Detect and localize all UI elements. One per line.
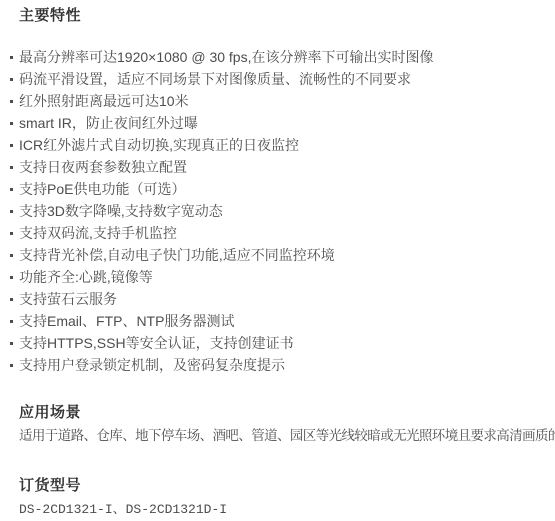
feature-item: 最高分辨率可达1920×1080 @ 30 fps,在该分辨率下可输出实时图像	[0, 46, 555, 68]
feature-text: 支持PoE供电功能（可选）	[19, 181, 185, 197]
product-spec-document: 主要特性 最高分辨率可达1920×1080 @ 30 fps,在该分辨率下可输出…	[0, 8, 555, 521]
bullet-icon	[10, 232, 13, 235]
bullet-icon	[10, 342, 13, 345]
feature-text: 支持日夜两套参数独立配置	[19, 159, 187, 175]
order-models-text: DS-2CD1321-I、DS-2CD1321D-I	[19, 499, 555, 521]
bullet-icon	[10, 78, 13, 81]
feature-item: ICR红外滤片式自动切换,实现真正的日夜监控	[0, 134, 555, 156]
feature-item: 支持3D数字降噪,支持数字宽动态	[0, 200, 555, 222]
feature-text: smart IR，防止夜间红外过曝	[19, 115, 198, 131]
feature-text: 支持Email、FTP、NTP服务器测试	[19, 313, 234, 329]
bullet-icon	[10, 298, 13, 301]
feature-text: 支持用户登录锁定机制，及密码复杂度提示	[19, 357, 285, 373]
feature-text: 红外照射距离最远可达10米	[19, 93, 189, 109]
feature-item: 功能齐全:心跳,镜像等	[0, 266, 555, 288]
feature-text: 支持3D数字降噪,支持数字宽动态	[19, 203, 223, 219]
feature-item: 支持Email、FTP、NTP服务器测试	[0, 310, 555, 332]
feature-item: 支持用户登录锁定机制，及密码复杂度提示	[0, 354, 555, 376]
feature-text: 支持HTTPS,SSH等安全认证，支持创建证书	[19, 335, 294, 351]
bullet-icon	[10, 364, 13, 367]
bullet-icon	[10, 122, 13, 125]
bullet-icon	[10, 320, 13, 323]
bullet-icon	[10, 254, 13, 257]
feature-text: 支持双码流,支持手机监控	[19, 225, 177, 241]
bullet-icon	[10, 188, 13, 191]
feature-text: 最高分辨率可达1920×1080 @ 30 fps,在该分辨率下可输出实时图像	[19, 49, 433, 65]
feature-item: 支持日夜两套参数独立配置	[0, 156, 555, 178]
feature-text: ICR红外滤片式自动切换,实现真正的日夜监控	[19, 137, 299, 153]
bullet-icon	[10, 100, 13, 103]
features-list: 最高分辨率可达1920×1080 @ 30 fps,在该分辨率下可输出实时图像 …	[0, 46, 555, 376]
feature-text: 功能齐全:心跳,镜像等	[19, 269, 153, 285]
application-scenarios-text: 适用于道路、仓库、地下停车场、酒吧、管道、园区等光线较暗或无光照环境且要求高清画…	[19, 425, 555, 447]
bullet-icon	[10, 144, 13, 147]
feature-text: 支持萤石云服务	[19, 291, 117, 307]
feature-item: 支持背光补偿,自动电子快门功能,适应不同监控环境	[0, 244, 555, 266]
bullet-icon	[10, 166, 13, 169]
section-title-main-features: 主要特性	[19, 8, 555, 23]
feature-item: 支持双码流,支持手机监控	[0, 222, 555, 244]
feature-item: 红外照射距离最远可达10米	[0, 90, 555, 112]
feature-item: 支持PoE供电功能（可选）	[0, 178, 555, 200]
feature-item: 码流平滑设置，适应不同场景下对图像质量、流畅性的不同要求	[0, 68, 555, 90]
bullet-icon	[10, 276, 13, 279]
section-title-order-models: 订货型号	[19, 478, 555, 493]
feature-text: 支持背光补偿,自动电子快门功能,适应不同监控环境	[19, 247, 335, 263]
feature-text: 码流平滑设置，适应不同场景下对图像质量、流畅性的不同要求	[19, 71, 411, 87]
section-title-application-scenarios: 应用场景	[19, 405, 555, 420]
feature-item: 支持HTTPS,SSH等安全认证，支持创建证书	[0, 332, 555, 354]
bullet-icon	[10, 56, 13, 59]
bullet-icon	[10, 210, 13, 213]
feature-item: 支持萤石云服务	[0, 288, 555, 310]
feature-item: smart IR，防止夜间红外过曝	[0, 112, 555, 134]
